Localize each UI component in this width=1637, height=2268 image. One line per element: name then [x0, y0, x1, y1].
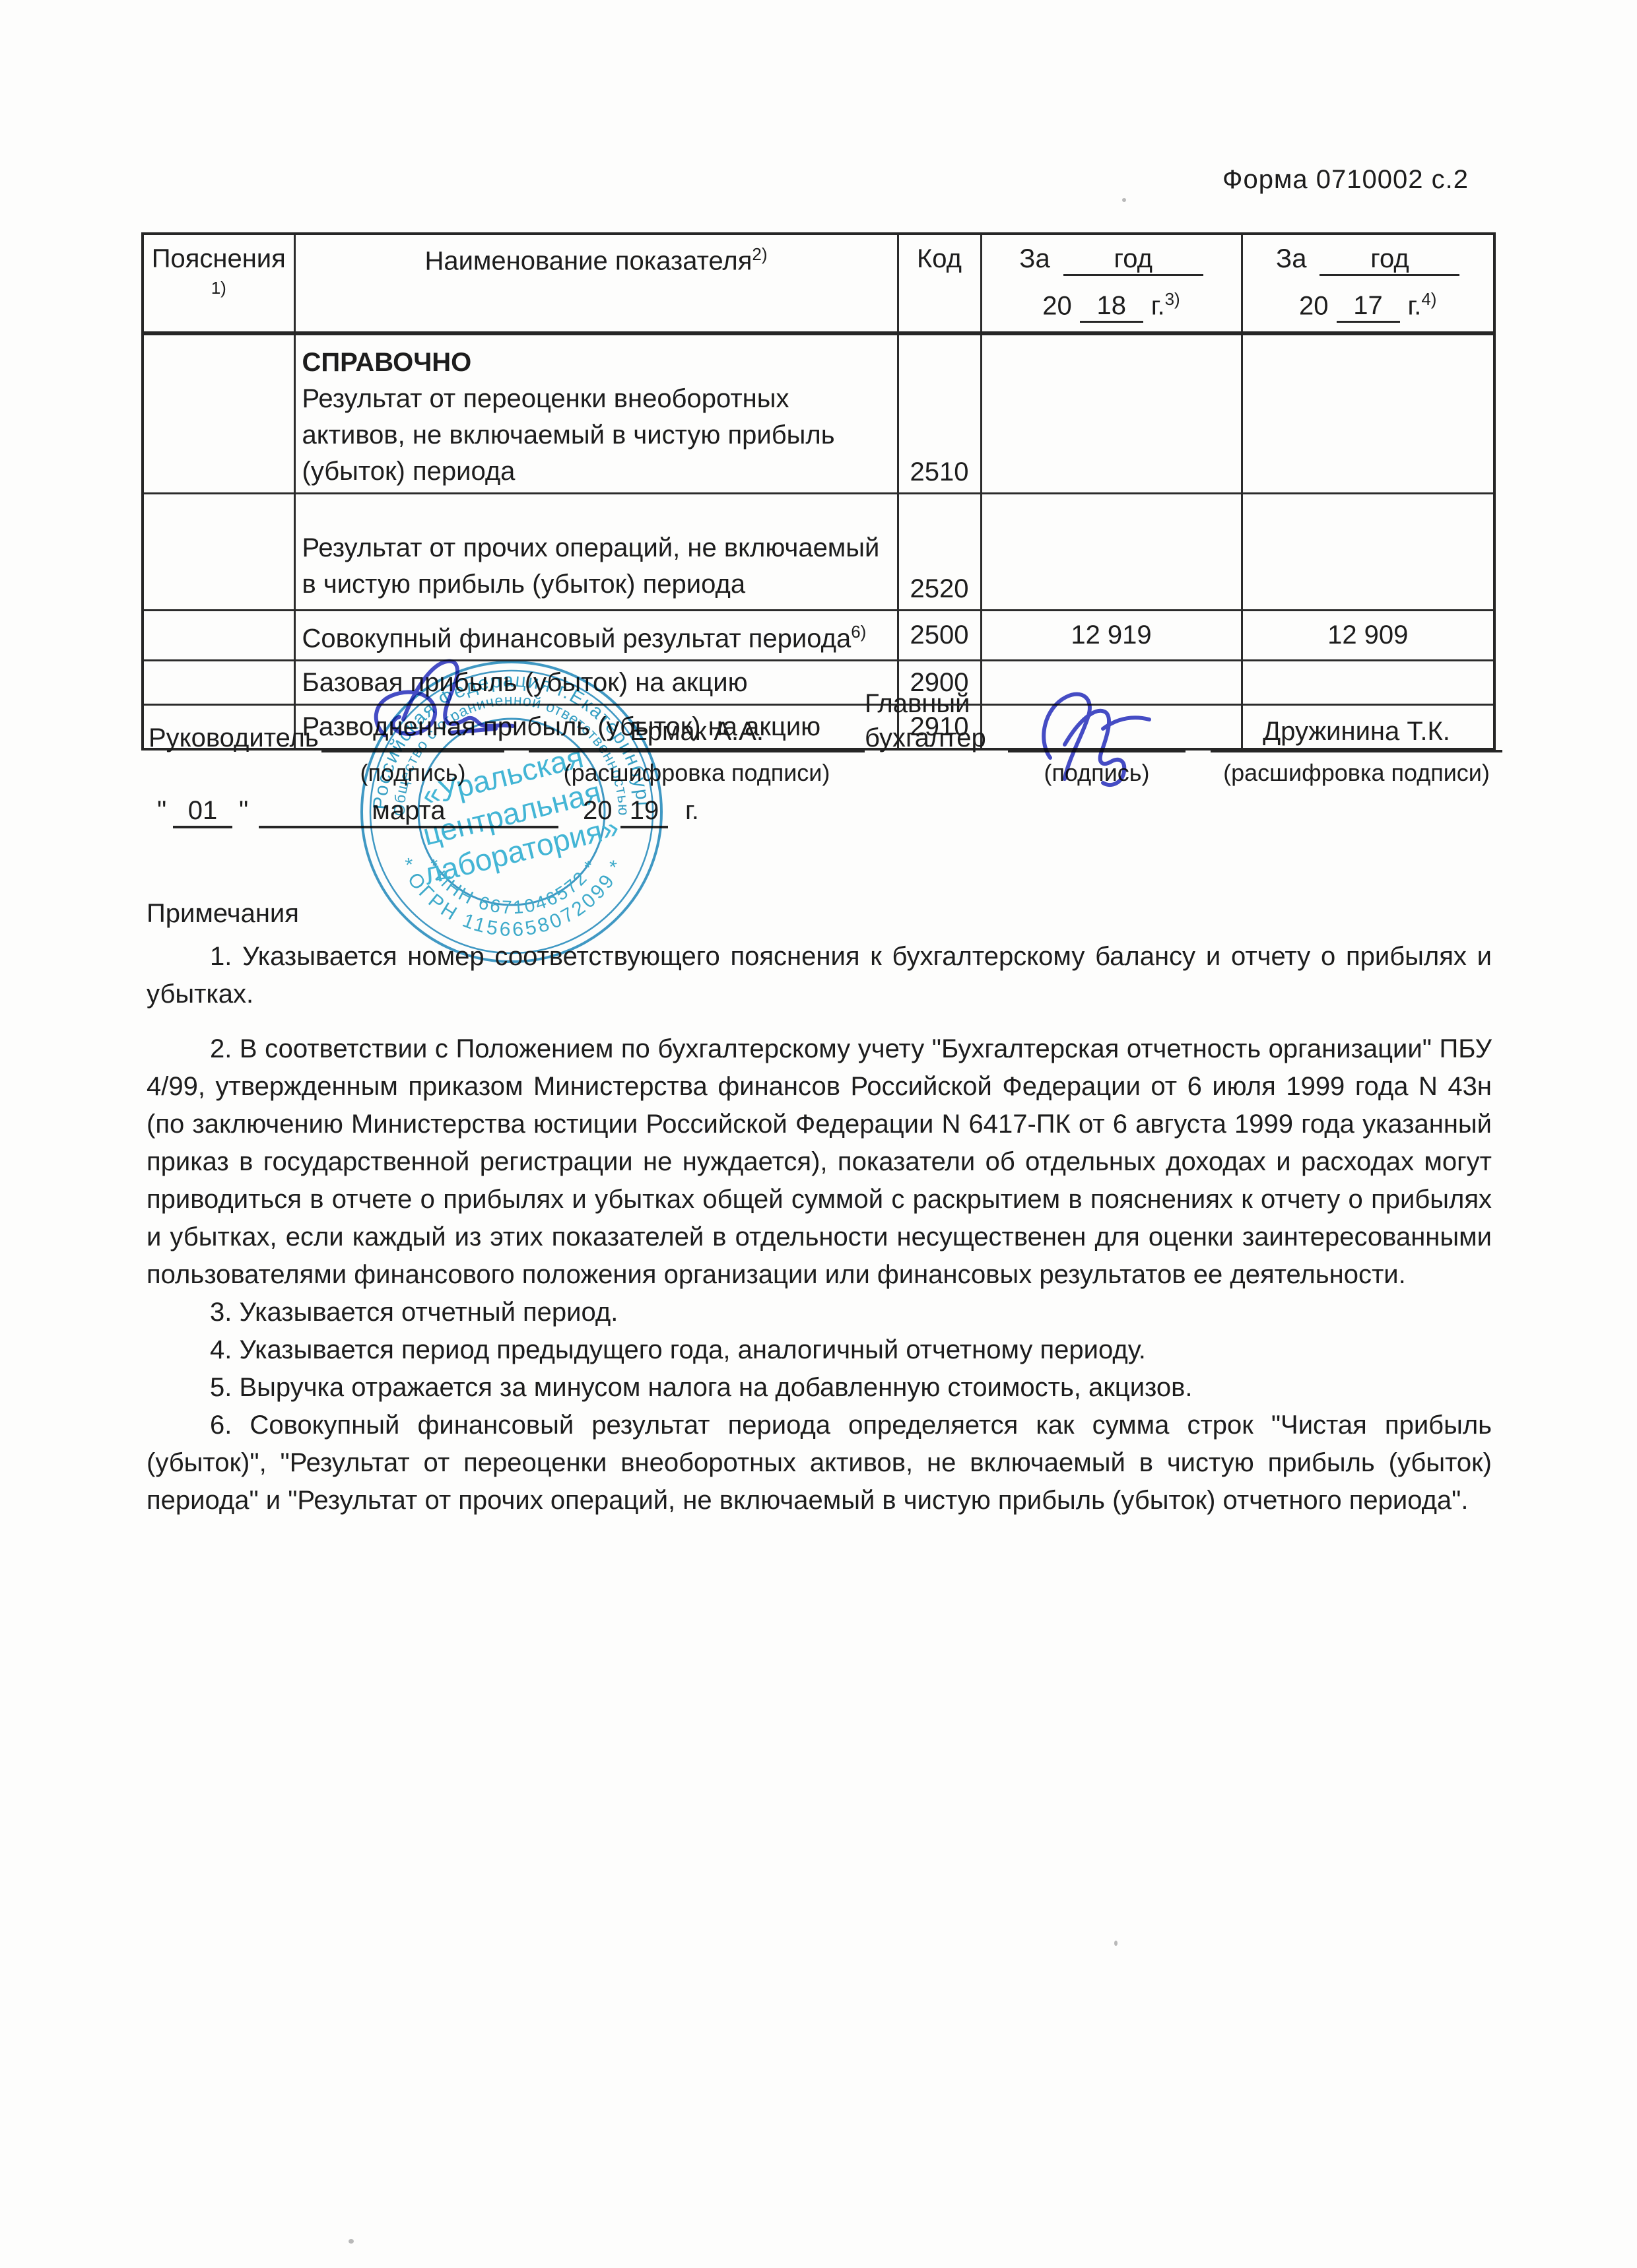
director-role-label: Руководитель	[149, 723, 319, 753]
notes-section: Примечания 1. Указывается номер соответс…	[147, 895, 1492, 1519]
table-header-row: Пояснения 1) Наименование показателя2) К…	[143, 234, 1494, 333]
document-page: Форма 0710002 с.2 Пояснения 1) Наименова…	[0, 0, 1637, 2268]
period-god: год	[1370, 244, 1409, 273]
cell-indicator-name: Результат от прочих операций, не включае…	[294, 494, 898, 611]
col-header-explanations-label: Пояснения	[150, 244, 287, 274]
col-header-code: Код	[898, 234, 981, 333]
scan-speck	[1114, 1941, 1118, 1946]
note-item-4: 4. Указывается период предыдущего года, …	[147, 1331, 1492, 1369]
date-open-quote: "	[157, 796, 166, 826]
period-god: год	[1114, 244, 1152, 273]
accountant-name-line	[1211, 750, 1502, 752]
period-g: г.	[1408, 291, 1422, 320]
accountant-role-label-line1: Главный	[865, 689, 970, 719]
row-name: Результат от переоценки внеоборотных акт…	[302, 384, 835, 486]
cell-code: 2500	[898, 611, 981, 661]
notes-heading: Примечания	[147, 895, 1492, 933]
col-header-explanations: Пояснения 1)	[143, 234, 294, 333]
period-footref: 4)	[1421, 289, 1436, 309]
period-g: г.	[1151, 291, 1165, 320]
cell-value-2017	[1242, 333, 1494, 494]
note-item-2: 2. В соответствии с Положением по бухгал…	[147, 1030, 1492, 1294]
col-header-period-2017: Загод 2017г.4)	[1242, 234, 1494, 333]
note-item-5: 5. Выручка отражается за минусом налога …	[147, 1369, 1492, 1407]
period-century: 20	[1042, 291, 1072, 320]
period-century: 20	[1299, 291, 1329, 320]
cell-value-2018	[981, 494, 1242, 611]
cell-value-2018: 12 919	[981, 611, 1242, 661]
cell-code: 2520	[898, 494, 981, 611]
col-header-period-2018: Загод 2018г.3)	[981, 234, 1242, 333]
col-header-indicator-footref: 2)	[752, 244, 767, 264]
period-year: 18	[1097, 291, 1127, 320]
col-header-indicator: Наименование показателя2)	[294, 234, 898, 333]
row-heading: СПРАВОЧНО	[302, 345, 890, 381]
cell-explanation	[143, 661, 294, 705]
period-year: 17	[1353, 291, 1383, 320]
date-close-quote: "	[239, 796, 248, 826]
cell-indicator-name: СПРАВОЧНО Результат от переоценки внеобо…	[294, 333, 898, 494]
table-row: СПРАВОЧНО Результат от переоценки внеобо…	[143, 333, 1494, 494]
row-name: Результат от прочих операций, не включае…	[302, 533, 880, 599]
row-name: Совокупный финансовый результат периода	[302, 624, 852, 653]
cell-code: 2510	[898, 333, 981, 494]
financial-results-table: Пояснения 1) Наименование показателя2) К…	[141, 232, 1496, 750]
director-handwritten-signature	[366, 655, 531, 764]
period-za: За	[1019, 244, 1050, 273]
table-row: Совокупный финансовый результат периода6…	[143, 611, 1494, 661]
cell-value-2017	[1242, 661, 1494, 705]
scan-speck	[1122, 198, 1126, 202]
col-header-explanations-footref: 1)	[150, 278, 287, 298]
note-item-3: 3. Указывается отчетный период.	[147, 1294, 1492, 1331]
cell-value-2018	[981, 333, 1242, 494]
note-item-1: 1. Указывается номер соответствующего по…	[147, 938, 1492, 1013]
row-name-footref: 6)	[851, 622, 866, 642]
period-footref: 3)	[1165, 289, 1180, 309]
col-header-indicator-label: Наименование показателя	[424, 246, 752, 275]
form-label: Форма 0710002 с.2	[1222, 165, 1469, 195]
cell-explanation	[143, 333, 294, 494]
period-za: За	[1276, 244, 1306, 273]
table-row: Результат от прочих операций, не включае…	[143, 494, 1494, 611]
accountant-name: Дружинина Т.К.	[1211, 717, 1502, 747]
col-header-code-label: Код	[906, 244, 974, 274]
table-row: Базовая прибыль (убыток) на акцию 2900	[143, 661, 1494, 705]
scan-speck	[349, 2239, 354, 2244]
cell-value-2017: 12 909	[1242, 611, 1494, 661]
accountant-role-label-line2: бухгалтер	[865, 723, 986, 753]
date-day: 01	[173, 796, 232, 828]
note-item-6: 6. Совокупный финансовый результат перио…	[147, 1407, 1492, 1519]
date-g-label: г.	[685, 796, 699, 826]
accountant-name-caption: (расшифровка подписи)	[1211, 759, 1502, 787]
accountant-handwritten-signature	[1026, 679, 1172, 794]
cell-value-2017	[1242, 494, 1494, 611]
cell-explanation	[143, 494, 294, 611]
cell-explanation	[143, 611, 294, 661]
